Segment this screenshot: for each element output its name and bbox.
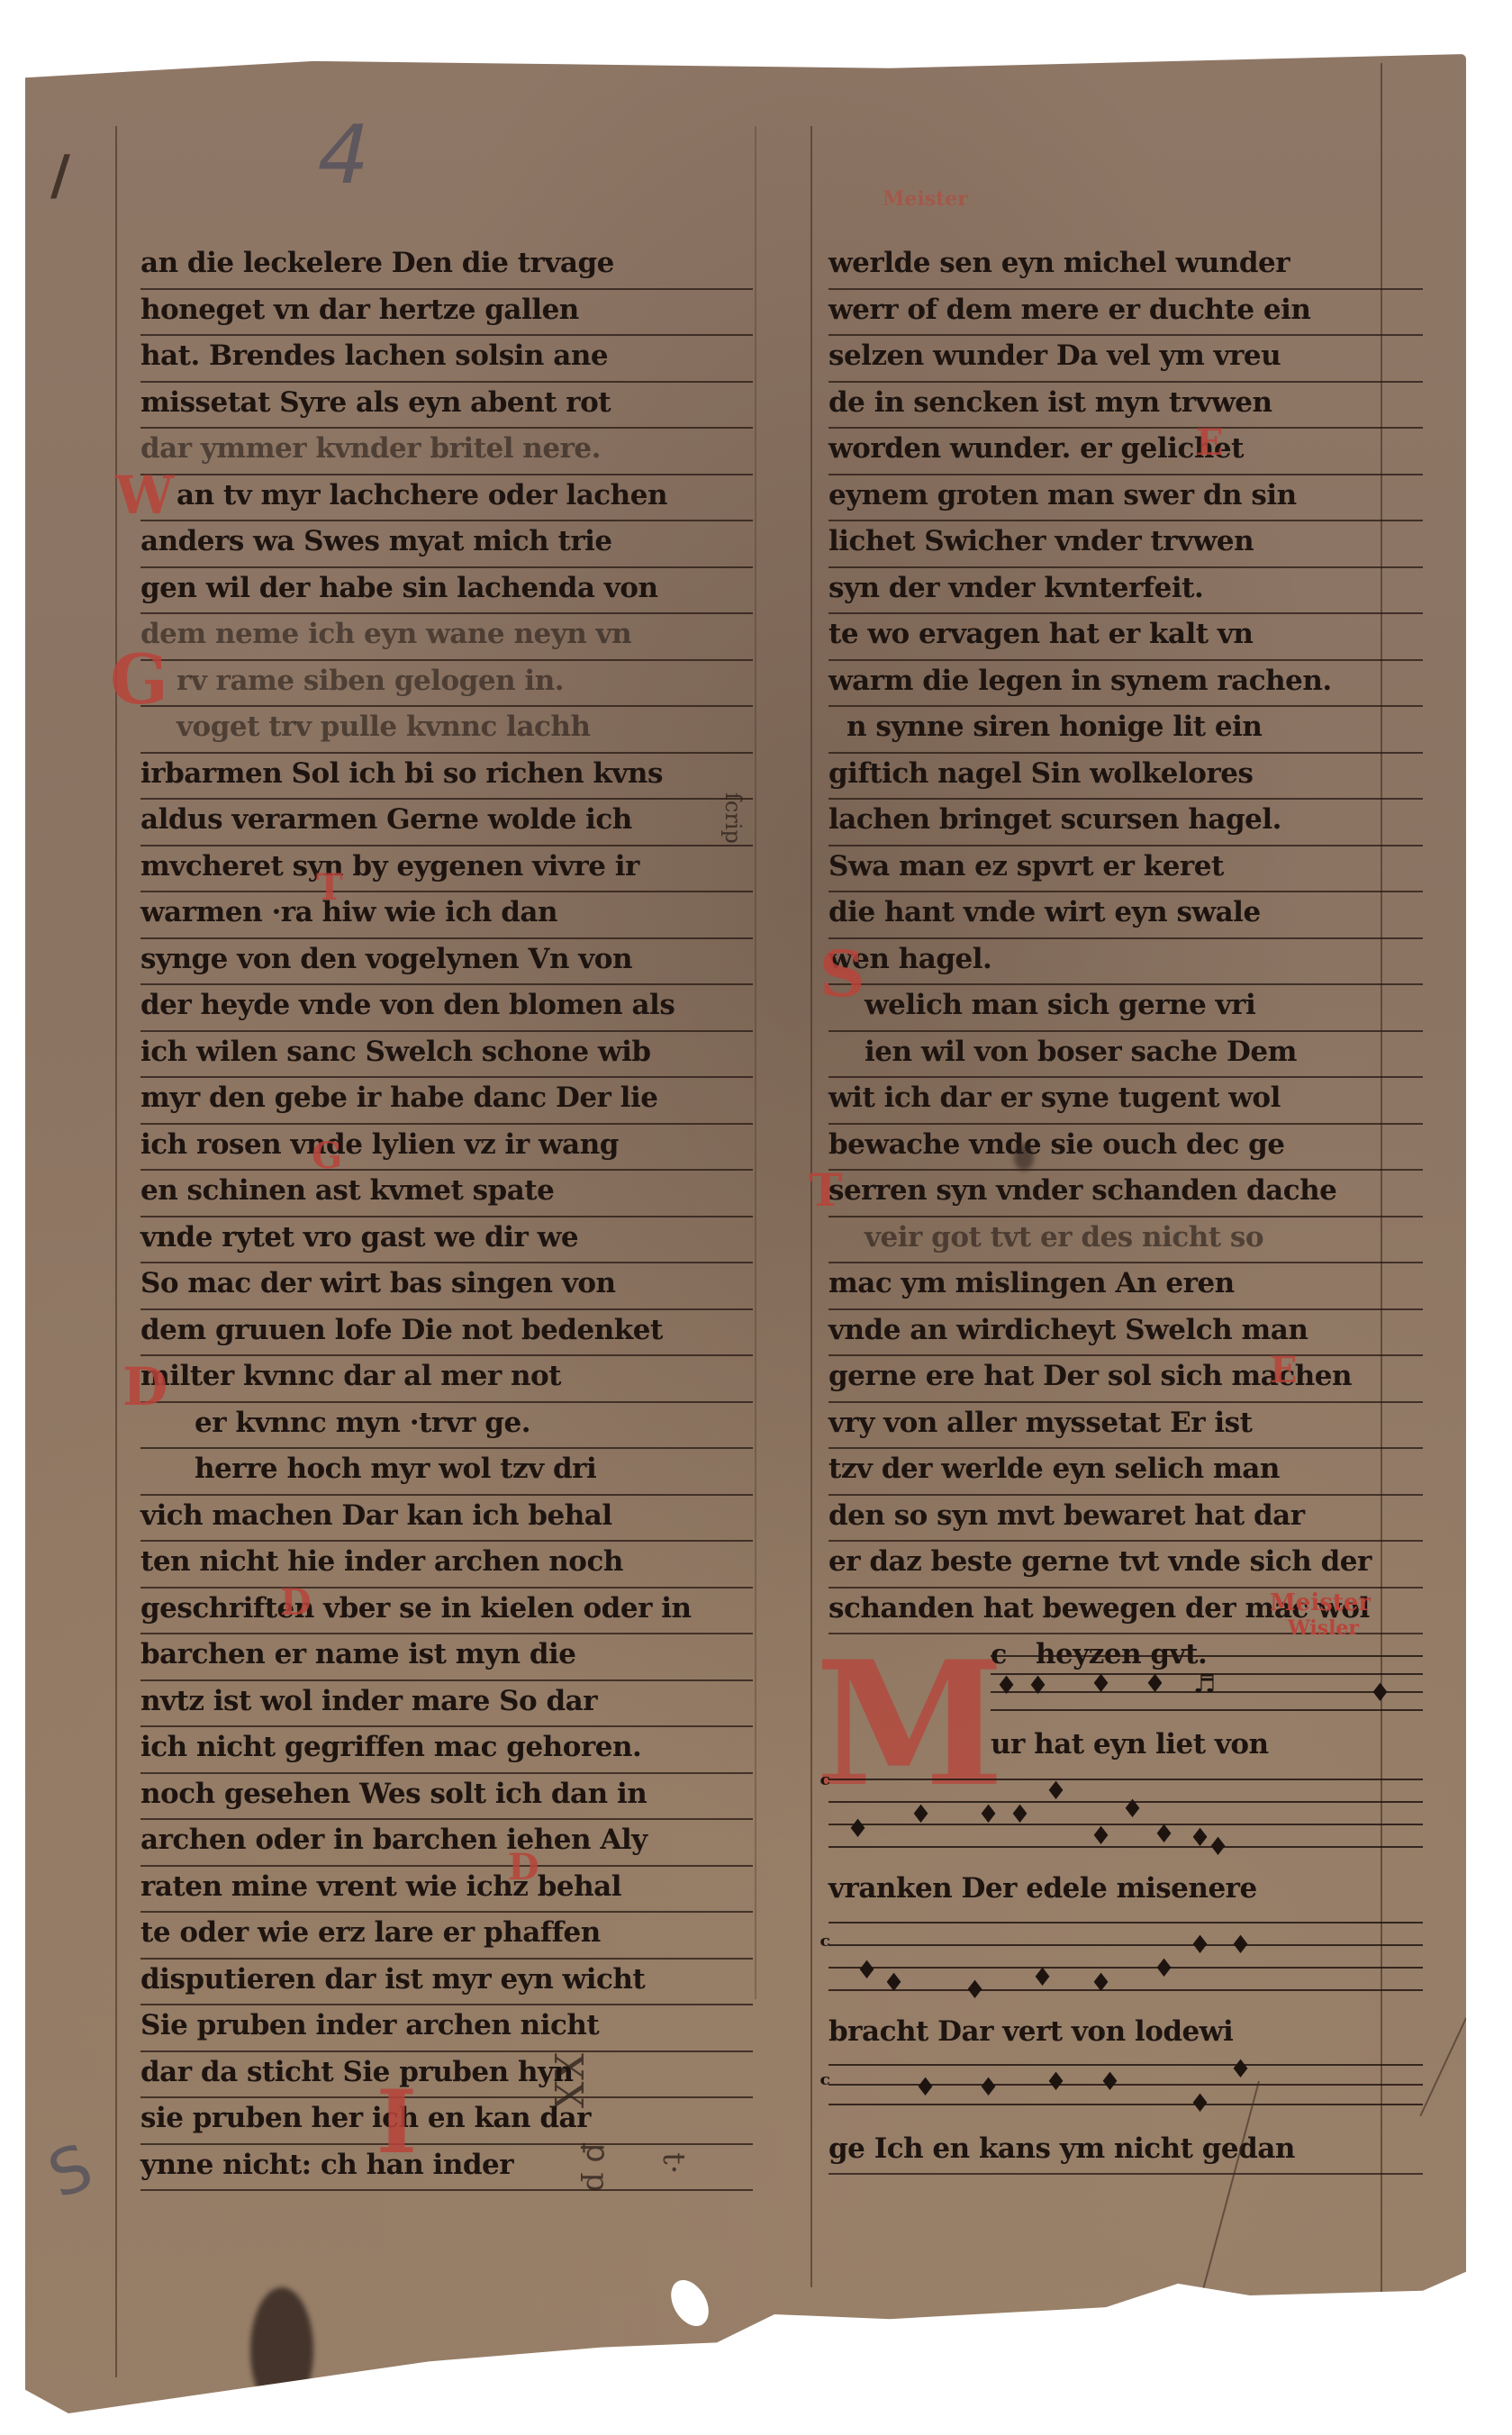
clef: ᶜ — [819, 1770, 831, 1801]
note: ♦ — [1229, 2057, 1252, 2082]
text-line: sie pruben her ich en kan dar — [140, 2098, 753, 2145]
manuscript-leaf: 4 / S ſcrip XX ꝑ p t· an die leckelere D… — [25, 54, 1466, 2413]
text-line: de in sencken ist myn trvwen — [828, 383, 1423, 430]
red-initial: S — [819, 937, 865, 1011]
lyric-line: ur hat eyn liet von — [991, 1724, 1423, 1770]
note: ♦ — [1031, 1965, 1054, 1990]
left-column: an die leckelere Den die trvage honeget … — [140, 243, 753, 2191]
note: ♦ — [995, 1673, 1018, 1698]
parchment-crease — [1419, 2018, 1467, 2117]
bottom-left-pencil-mark: S — [39, 2130, 102, 2213]
text-line: n synne siren honige lit ein — [828, 707, 1423, 754]
text-line: bewache vnde sie ouch dec ge — [828, 1125, 1423, 1172]
note: ♦ — [1090, 1671, 1112, 1697]
note: ♦ — [856, 1958, 878, 1983]
text-line: aldus verarmen Gerne wolde ich — [140, 800, 753, 846]
text-line: veir got tvt er des nicht so — [828, 1217, 1423, 1264]
top-left-mark: / — [50, 144, 70, 207]
note: ♦ — [1144, 1671, 1166, 1697]
parchment-hole — [664, 2274, 717, 2333]
text-line: werr of dem mere er duchte ein — [828, 290, 1423, 337]
note: ♦ — [1189, 2091, 1211, 2116]
right-column: Meister werlde sen eyn michel wunder wer… — [828, 243, 1423, 1679]
text-line: barchen er name ist myn die — [140, 1634, 753, 1681]
text-line: an die leckelere Den die trvage — [140, 243, 753, 290]
note: ♦ — [847, 1816, 869, 1842]
note: ♦ — [1027, 1673, 1049, 1698]
red-initial: T — [809, 1163, 842, 1217]
text-line: giftich nagel Sin wolkelores — [828, 754, 1423, 801]
text-line: archen oder in barchen iehen Aly — [140, 1820, 753, 1867]
note: ♦ — [1121, 1797, 1144, 1822]
ruling-left-outer — [115, 126, 117, 2377]
text-line: vnde an wirdicheyt Swelch man — [828, 1310, 1423, 1357]
text-line: anders wa Swes myat mich trie — [140, 521, 753, 568]
note: ♦ — [977, 1802, 1000, 1827]
note: ♦ — [1099, 2069, 1121, 2095]
text-line: ich wilen sanc Swelch schone wib — [140, 1032, 753, 1079]
note: ♦ — [964, 1978, 986, 2003]
note: ♦ — [1207, 1834, 1229, 1860]
ink-blot — [1014, 1144, 1034, 1171]
text-line: er daz beste gerne tvt vnde sich der — [828, 1542, 1423, 1589]
text-line: raten mine vrent wie ichz behal — [140, 1867, 753, 1914]
text-line: ten nicht hie inder archen noch — [140, 1542, 753, 1589]
text-line: irbarmen Sol ich bi so richen kvns — [140, 754, 753, 801]
text-line: dem gruuen lofe Die not bedenket — [140, 1310, 753, 1357]
note: ♦ — [1369, 1680, 1391, 1706]
text-line: syn der vnder kvnterfeit. — [828, 568, 1423, 615]
text-line: an tv myr lachchere oder lachen — [140, 475, 753, 522]
text-line: der heyde vnde von den blomen als — [140, 985, 753, 1032]
text-line: den so syn mvt bewaret hat dar — [828, 1496, 1423, 1543]
text-line: ynne nicht: ch han inder — [140, 2145, 753, 2192]
note: ♦ — [1045, 1779, 1067, 1804]
text-line: nvtz ist wol inder mare So dar — [140, 1681, 753, 1728]
text-line: dar da sticht Sie pruben hyn — [140, 2052, 753, 2099]
text-line: rv rame siben gelogen in. — [140, 661, 753, 708]
text-line: synge von den vogelynen Vn von — [140, 939, 753, 986]
red-initial: I — [376, 2071, 417, 2173]
text-line: die hant vnde wirt eyn swale — [828, 892, 1423, 939]
text-line: vnde rytet vro gast we dir we — [140, 1217, 753, 1264]
text-line: vich machen Dar kan ich behal — [140, 1496, 753, 1543]
red-initial: W — [115, 465, 174, 526]
text-line: honeget vn dar hertze gallen — [140, 290, 753, 337]
text-line: en schinen ast kvmet spate — [140, 1171, 753, 1217]
ink-stain — [250, 2287, 313, 2413]
text-line: welich man sich gerne vri — [828, 985, 1423, 1032]
text-line: myr den gebe ir habe danc Der lie — [140, 1078, 753, 1125]
text-line: lachen bringet scursen hagel. — [828, 800, 1423, 846]
note: ♦ — [883, 1970, 905, 1996]
text-line: te wo ervagen hat er kalt vn — [828, 614, 1423, 661]
text-line: gerne ere hat Der sol sich machen — [828, 1356, 1423, 1403]
text-line: warm die legen in synem rachen. — [828, 661, 1423, 708]
note: ♬ — [1193, 1671, 1216, 1697]
text-line: wen hagel. — [828, 939, 1423, 986]
note: ♦ — [1090, 1824, 1112, 1849]
text-line: geschriften vber se in kielen oder in — [140, 1589, 753, 1635]
text-line: tzv der werlde eyn selich man — [828, 1449, 1423, 1496]
note: ♦ — [1153, 1822, 1175, 1847]
text-line: voget trv pulle kvnnc lachh — [140, 707, 753, 754]
music-staff: ᶜ ♦ ♦ ♦ ♦ ♦ ♦ ♦ ♦ — [828, 1913, 1423, 2012]
text-line: Sie pruben inder archen nicht — [140, 2005, 753, 2052]
text-line: eynem groten man swer dn sin — [828, 475, 1423, 522]
red-initial: D — [122, 1356, 167, 1417]
text-line: dem neme ich eyn wane neyn vn — [140, 614, 753, 661]
text-line: herre hoch myr wol tzv dri — [140, 1449, 753, 1496]
clef: ᶜ — [819, 2069, 831, 2101]
red-initial: G — [312, 1135, 342, 1177]
music-staff: ᶜ ♦ ♦ ♦ ♦ ♦ ♦ ♦ ♦ ♦ ♦ — [828, 1770, 1423, 1869]
music-staff: ᶜ ♦ ♦ ♦ ♦ ♦ ♦ — [828, 2057, 1423, 2129]
red-initial: T — [316, 866, 343, 909]
clef: ᶜ — [819, 1931, 831, 1962]
red-initial: E — [1196, 421, 1224, 464]
text-line: te oder wie erz lare er phaffen — [140, 1913, 753, 1960]
text-line: hat. Brendes lachen solsin ane — [140, 336, 753, 383]
text-line: disputieren dar ist myr eyn wicht — [140, 1960, 753, 2006]
text-line: mac ym mislingen An eren — [828, 1263, 1423, 1310]
text-line: missetat Syre als eyn abent rot — [140, 383, 753, 430]
music-section: M c ♦ ♦ ♦ ♦ ♬ ♦ ur hat eyn liet von ᶜ ♦ … — [828, 1639, 1423, 2175]
music-staff: c ♦ ♦ ♦ ♦ ♬ ♦ — [991, 1639, 1423, 1724]
foliation-number: 4 — [308, 108, 380, 203]
rubric-wisler: Wisler — [1288, 1616, 1359, 1640]
text-line: So mac der wirt bas singen von — [140, 1263, 753, 1310]
text-line: ien wil von boser sache Dem — [828, 1032, 1423, 1079]
text-line: vry von aller myssetat Er ist — [828, 1403, 1423, 1450]
text-line: noch gesehen Wes solt ich dan in — [140, 1774, 753, 1821]
note: ♦ — [1153, 1956, 1175, 1981]
note: ♦ — [1090, 1970, 1112, 1996]
text-line: selzen wunder Da vel ym vreu — [828, 336, 1423, 383]
note: ♦ — [910, 1802, 932, 1827]
lyric-line: ge Ich en kans ym nicht gedan — [828, 2129, 1423, 2176]
text-line: lichet Swicher vnder trvwen — [828, 521, 1423, 568]
lyric-line: vranken Der edele misenere — [828, 1869, 1423, 1914]
text-line: dar ymmer kvnder britel nere. — [140, 429, 753, 475]
text-line: warmen ·ra hiw wie ich dan — [140, 892, 753, 939]
red-initial: G — [110, 639, 168, 720]
ruling-left-inner — [755, 126, 756, 1999]
rubric-meister: Meister — [1270, 1589, 1371, 1616]
text-line: worden wunder. er gelichet — [828, 429, 1423, 475]
c-clef: c — [991, 1639, 1007, 1670]
note: ♦ — [1229, 1933, 1252, 1958]
red-initial: E — [1270, 1349, 1298, 1391]
text-line: mvcheret syn by eygenen vivre ir — [140, 846, 753, 893]
text-line: ich rosen vnde lylien vz ir wang — [140, 1125, 753, 1172]
rubric-heading: Meister — [883, 187, 968, 211]
note: ♦ — [1189, 1933, 1211, 1958]
text-line: gen wil der habe sin lachenda von — [140, 568, 753, 615]
lyric-line: bracht Dar vert von lodewi — [828, 2012, 1423, 2057]
note: ♦ — [1045, 2069, 1067, 2095]
note: ♦ — [914, 2075, 937, 2100]
red-initial: D — [508, 1846, 539, 1888]
note: ♦ — [1009, 1802, 1031, 1827]
text-line: werlde sen eyn michel wunder — [828, 243, 1423, 290]
text-line: milter kvnnc dar al mer not — [140, 1356, 753, 1403]
note: ♦ — [977, 2075, 1000, 2100]
text-line: er kvnnc myn ·trvr ge. — [140, 1403, 753, 1450]
text-line: wit ich dar er syne tugent wol — [828, 1078, 1423, 1125]
red-initial: D — [280, 1581, 312, 1624]
text-line: Swa man ez spvrt er keret — [828, 846, 1423, 893]
text-line: ich nicht gegriffen mac gehoren. — [140, 1727, 753, 1774]
text-line: serren syn vnder schanden dache — [828, 1171, 1423, 1217]
